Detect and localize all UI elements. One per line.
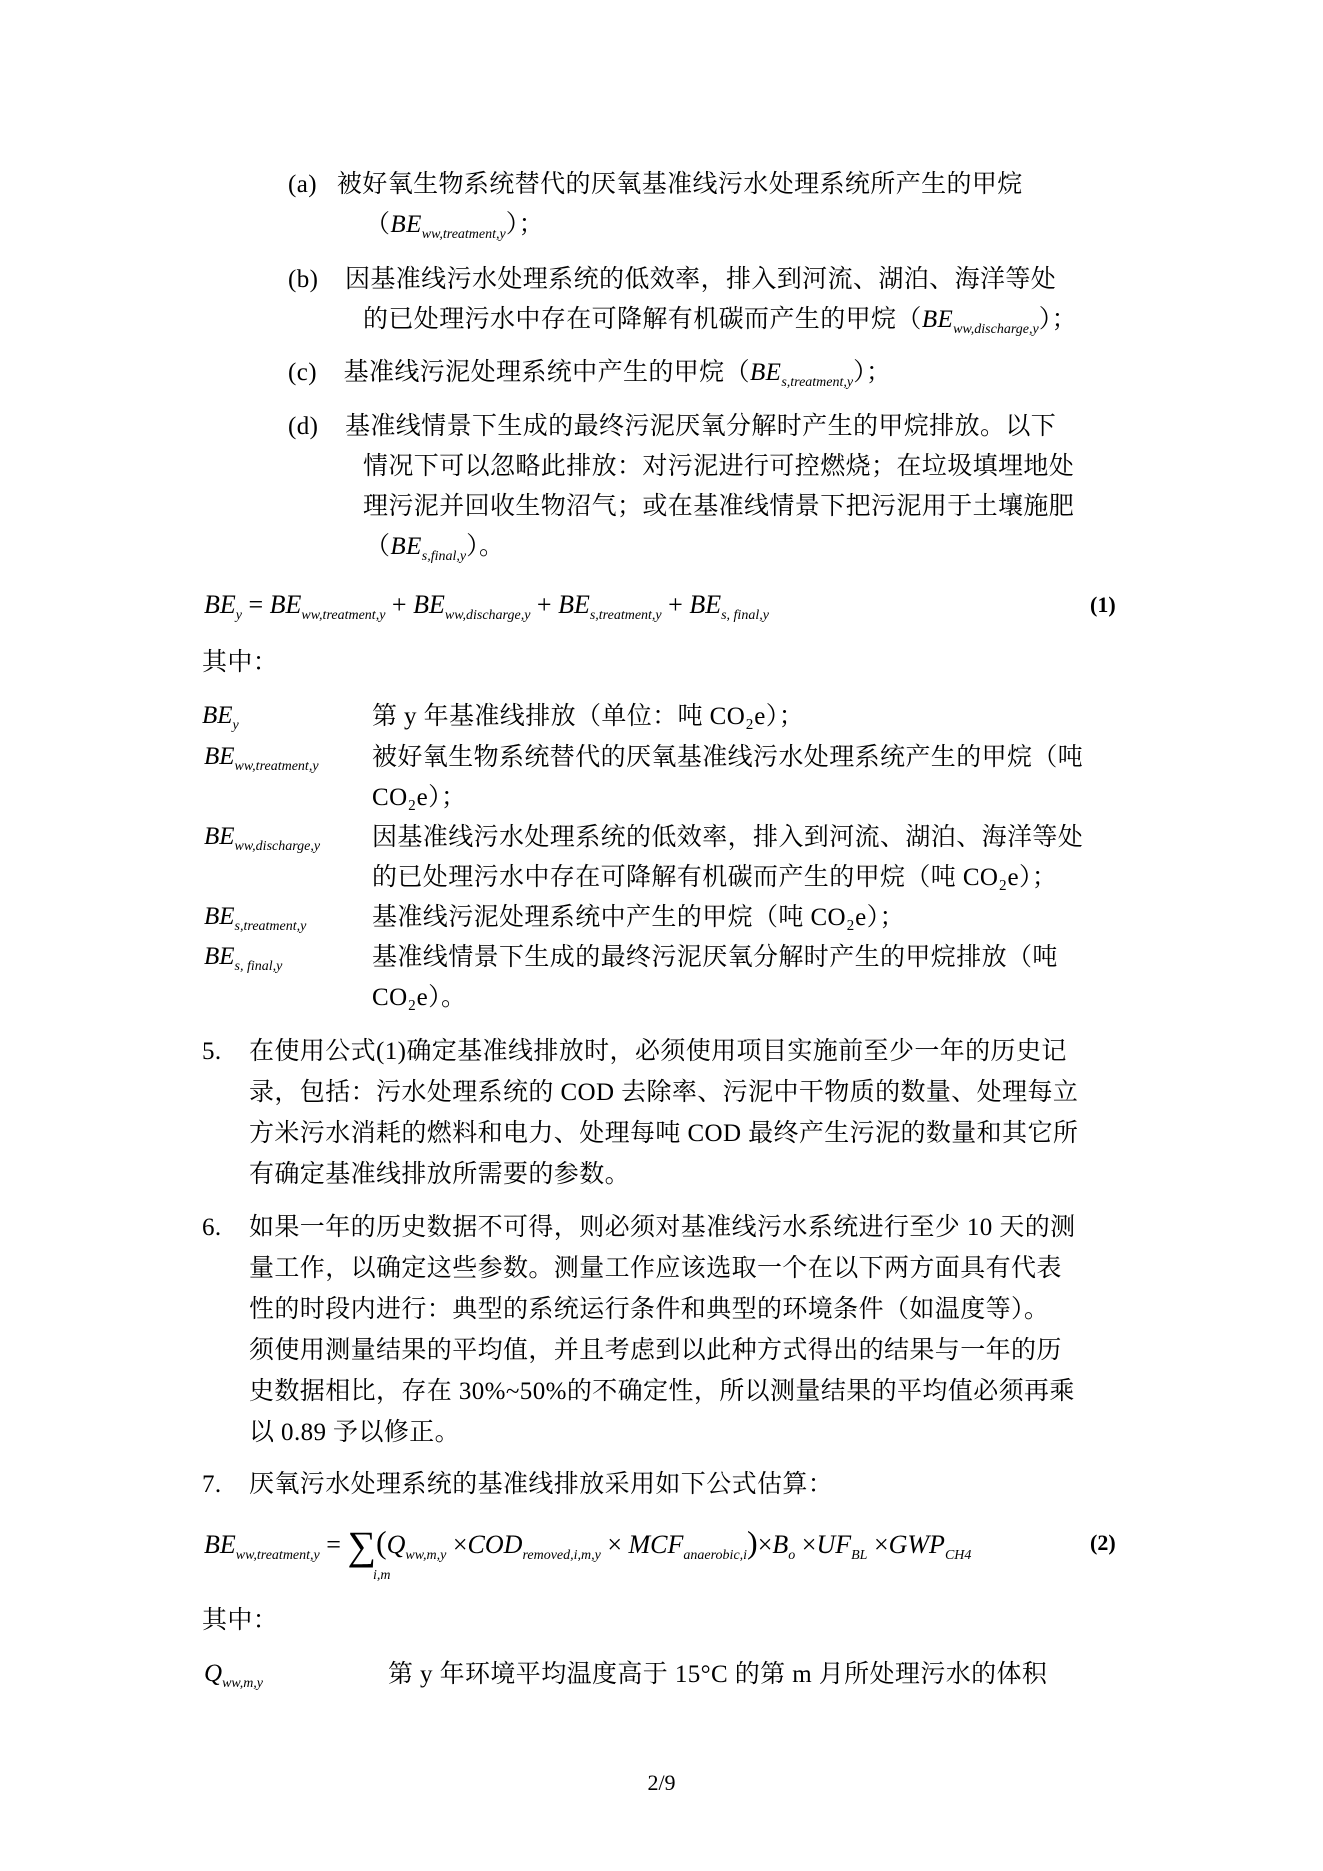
item-d-label: (d): [288, 413, 318, 440]
item-a-label: (a): [288, 171, 317, 198]
item-b: (b) 因基准线污水处理系统的低效率，排入到河流、湖泊、海洋等处: [288, 265, 1056, 295]
symbol-subscript: ww,discharge,y: [235, 839, 321, 854]
eq2-cod-sub: removed,i,m,y: [522, 1548, 600, 1563]
paren-close: ）；: [1039, 306, 1077, 333]
item-b-text-2: 的已处理污水中存在可降解有机碳而产生的甲烷（: [363, 306, 922, 333]
def-text-be-s-final: 基准线情景下生成的最终污泥厌氧分解时产生的甲烷排放（吨: [372, 943, 1058, 973]
para-6-line-3: 性的时段内进行：典型的系统运行条件和典型的环境条件（如温度等）。: [249, 1295, 1049, 1325]
def-text-q-ww-m-y: 第 y 年环境平均温度高于 15°C 的第 m 月所处理污水的体积: [388, 1660, 1047, 1690]
symbol: BE: [390, 533, 421, 560]
eq2-gwp: GWP: [889, 1530, 945, 1559]
symbol: BE: [204, 743, 235, 770]
eq2-uf-sub: BL: [851, 1548, 867, 1563]
para-7-number: 7.: [202, 1470, 222, 1500]
eq2-lhs-sub: ww,treatment,y: [236, 1548, 320, 1563]
def-sym-be-s-final: BEs, final,y: [204, 943, 282, 971]
eq2-bo-sub: o: [788, 1548, 795, 1563]
def-sym-be-s-treatment: BEs,treatment,y: [204, 903, 306, 931]
eq2-gwp-sub: CH4: [945, 1548, 971, 1563]
item-a-text: 被好氧生物系统替代的厌氧基准线污水处理系统所产生的甲烷: [337, 171, 1023, 198]
eq1-term-3-sub: s,treatment,y: [590, 608, 662, 623]
def-text-be-s-final-2: CO₂e）。: [372, 983, 466, 1013]
eq2-mcf: MCF: [629, 1530, 684, 1559]
paren-close: ）；: [853, 359, 891, 386]
item-c-label: (c): [288, 359, 317, 386]
symbol-subscript: y: [233, 718, 239, 733]
paren-open: （: [365, 211, 390, 238]
symbol: BE: [922, 306, 953, 333]
eq1-term-4: BE: [689, 590, 721, 619]
symbol-subscript: ww,m,y: [222, 1676, 263, 1691]
item-a-symbol-line: （BEww,treatment,y）；: [365, 210, 544, 240]
item-b-line2: 的已处理污水中存在可降解有机碳而产生的甲烷（BEww,discharge,y）；: [363, 305, 1077, 335]
item-a: (a) 被好氧生物系统替代的厌氧基准线污水处理系统所产生的甲烷: [288, 170, 1023, 200]
eq2-q: Q: [387, 1530, 406, 1559]
para-5-number: 5.: [202, 1037, 222, 1067]
eq1-term-1-sub: ww,treatment,y: [301, 608, 385, 623]
sum-subscript: i,m: [373, 1568, 391, 1584]
equation-1-number: (1): [1090, 592, 1116, 618]
symbol-subscript: s,treatment,y: [781, 375, 853, 390]
item-d-text: 基准线情景下生成的最终污泥厌氧分解时产生的甲烷排放。以下: [345, 413, 1056, 440]
para-6-line-2: 量工作，以确定这些参数。测量工作应该选取一个在以下两方面具有代表: [249, 1254, 1062, 1284]
para-6-line-4: 须使用测量结果的平均值，并且考虑到以此种方式得出的结果与一年的历: [249, 1336, 1062, 1366]
def-sym-be-y: BEy: [202, 702, 239, 730]
def-text-be-ww-discharge: 因基准线污水处理系统的低效率，排入到河流、湖泊、海洋等处: [372, 823, 1083, 853]
symbol: Q: [204, 1660, 222, 1687]
page-number: 2/9: [0, 1770, 1323, 1796]
paren-open: （: [365, 533, 390, 560]
symbol-subscript: ww,treatment,y: [235, 759, 319, 774]
eq1-lhs-sub: y: [236, 608, 242, 623]
symbol-subscript: ww,treatment,y: [422, 227, 506, 242]
item-b-label: (b): [288, 266, 318, 293]
symbol-subscript: s, final,y: [235, 959, 283, 974]
eq1-term-3: BE: [558, 590, 590, 619]
symbol-subscript: s,treatment,y: [235, 919, 307, 934]
symbol-subscript: s,final,y: [422, 549, 466, 564]
def-sym-be-ww-treatment: BEww,treatment,y: [204, 743, 319, 771]
where-label-2: 其中：: [202, 1606, 278, 1636]
equation-2-number: (2): [1090, 1530, 1116, 1556]
def-text-be-s-treatment: 基准线污泥处理系统中产生的甲烷（吨 CO₂e）；: [372, 903, 905, 933]
symbol: BE: [750, 359, 781, 386]
eq2-uf: UF: [816, 1530, 851, 1559]
para-6-line-6: 以 0.89 予以修正。: [249, 1418, 460, 1448]
def-sym-q-ww-m-y: Qww,m,y: [204, 1660, 263, 1688]
document-page: (a) 被好氧生物系统替代的厌氧基准线污水处理系统所产生的甲烷 （BEww,tr…: [0, 0, 1323, 1871]
item-d-line2: 情况下可以忽略此排放：对污泥进行可控燃烧；在垃圾填埋地处: [363, 452, 1074, 482]
symbol: BE: [202, 702, 233, 729]
para-5-line-4: 有确定基准线排放所需要的参数。: [249, 1160, 630, 1190]
paren-close: ）。: [466, 533, 504, 560]
symbol: BE: [204, 943, 235, 970]
para-6-number: 6.: [202, 1213, 222, 1243]
def-text-be-ww-discharge-2: 的已处理污水中存在可降解有机碳而产生的甲烷（吨 CO₂e）；: [372, 863, 1057, 893]
para-6-line-5: 史数据相比，存在 30%~50%的不确定性，所以测量结果的平均值必须再乘: [249, 1377, 1075, 1407]
item-b-text: 因基准线污水处理系统的低效率，排入到河流、湖泊、海洋等处: [345, 266, 1056, 293]
equation-1: BEy = BEww,treatment,y + BEww,discharge,…: [204, 590, 769, 620]
symbol-subscript: ww,discharge,y: [953, 322, 1039, 337]
eq2-q-sub: ww,m,y: [405, 1548, 446, 1563]
symbol: BE: [204, 823, 235, 850]
item-c-text: 基准线污泥处理系统中产生的甲烷（: [344, 359, 750, 386]
eq2-bo: B: [772, 1530, 788, 1559]
item-d-line3: 理污泥并回收生物沼气；或在基准线情景下把污泥用于土壤施肥: [363, 492, 1074, 522]
para-5-line-2: 录，包括：污水处理系统的 COD 去除率、污泥中干物质的数量、处理每立: [249, 1078, 1078, 1108]
para-7-line-1: 厌氧污水处理系统的基准线排放采用如下公式估算：: [249, 1470, 833, 1500]
symbol: BE: [390, 211, 421, 238]
item-d-text-2: 情况下可以忽略此排放：对污泥进行可控燃烧；在垃圾填埋地处: [363, 453, 1074, 480]
eq2-lhs: BE: [204, 1530, 236, 1559]
eq1-term-2-sub: ww,discharge,y: [445, 608, 531, 623]
para-5-line-1: 在使用公式(1)确定基准线排放时，必须使用项目实施前至少一年的历史记: [249, 1037, 1067, 1067]
symbol: BE: [204, 903, 235, 930]
item-d: (d) 基准线情景下生成的最终污泥厌氧分解时产生的甲烷排放。以下: [288, 412, 1056, 442]
def-sym-be-ww-discharge: BEww,discharge,y: [204, 823, 320, 851]
def-text-be-y: 第 y 年基准线排放（单位：吨 CO₂e）；: [372, 702, 804, 732]
paren-close: ）；: [506, 211, 544, 238]
eq1-term-4-sub: s, final,y: [721, 608, 769, 623]
para-5-line-3: 方米污水消耗的燃料和电力、处理每吨 COD 最终产生污泥的数量和其它所: [249, 1119, 1078, 1149]
sum-symbol: ∑: [347, 1523, 376, 1568]
item-d-symbol-line: （BEs,final,y）。: [365, 532, 504, 562]
para-6-line-1: 如果一年的历史数据不可得，则必须对基准线污水系统进行至少 10 天的测: [249, 1213, 1076, 1243]
eq1-lhs: BE: [204, 590, 236, 619]
eq2-cod: COD: [468, 1530, 523, 1559]
where-label-1: 其中：: [202, 648, 278, 678]
eq1-term-1: BE: [270, 590, 302, 619]
def-text-be-ww-treatment-2: CO₂e）；: [372, 783, 466, 813]
eq1-term-2: BE: [413, 590, 445, 619]
def-text-be-ww-treatment: 被好氧生物系统替代的厌氧基准线污水处理系统产生的甲烷（吨: [372, 743, 1083, 773]
eq2-mcf-sub: anaerobic,i: [683, 1548, 747, 1563]
item-d-text-3: 理污泥并回收生物沼气；或在基准线情景下把污泥用于土壤施肥: [363, 493, 1074, 520]
equation-2: BEww,treatment,y = ∑(Qww,m,y ×CODremoved…: [204, 1527, 971, 1561]
item-c: (c) 基准线污泥处理系统中产生的甲烷（BEs,treatment,y）；: [288, 358, 891, 388]
